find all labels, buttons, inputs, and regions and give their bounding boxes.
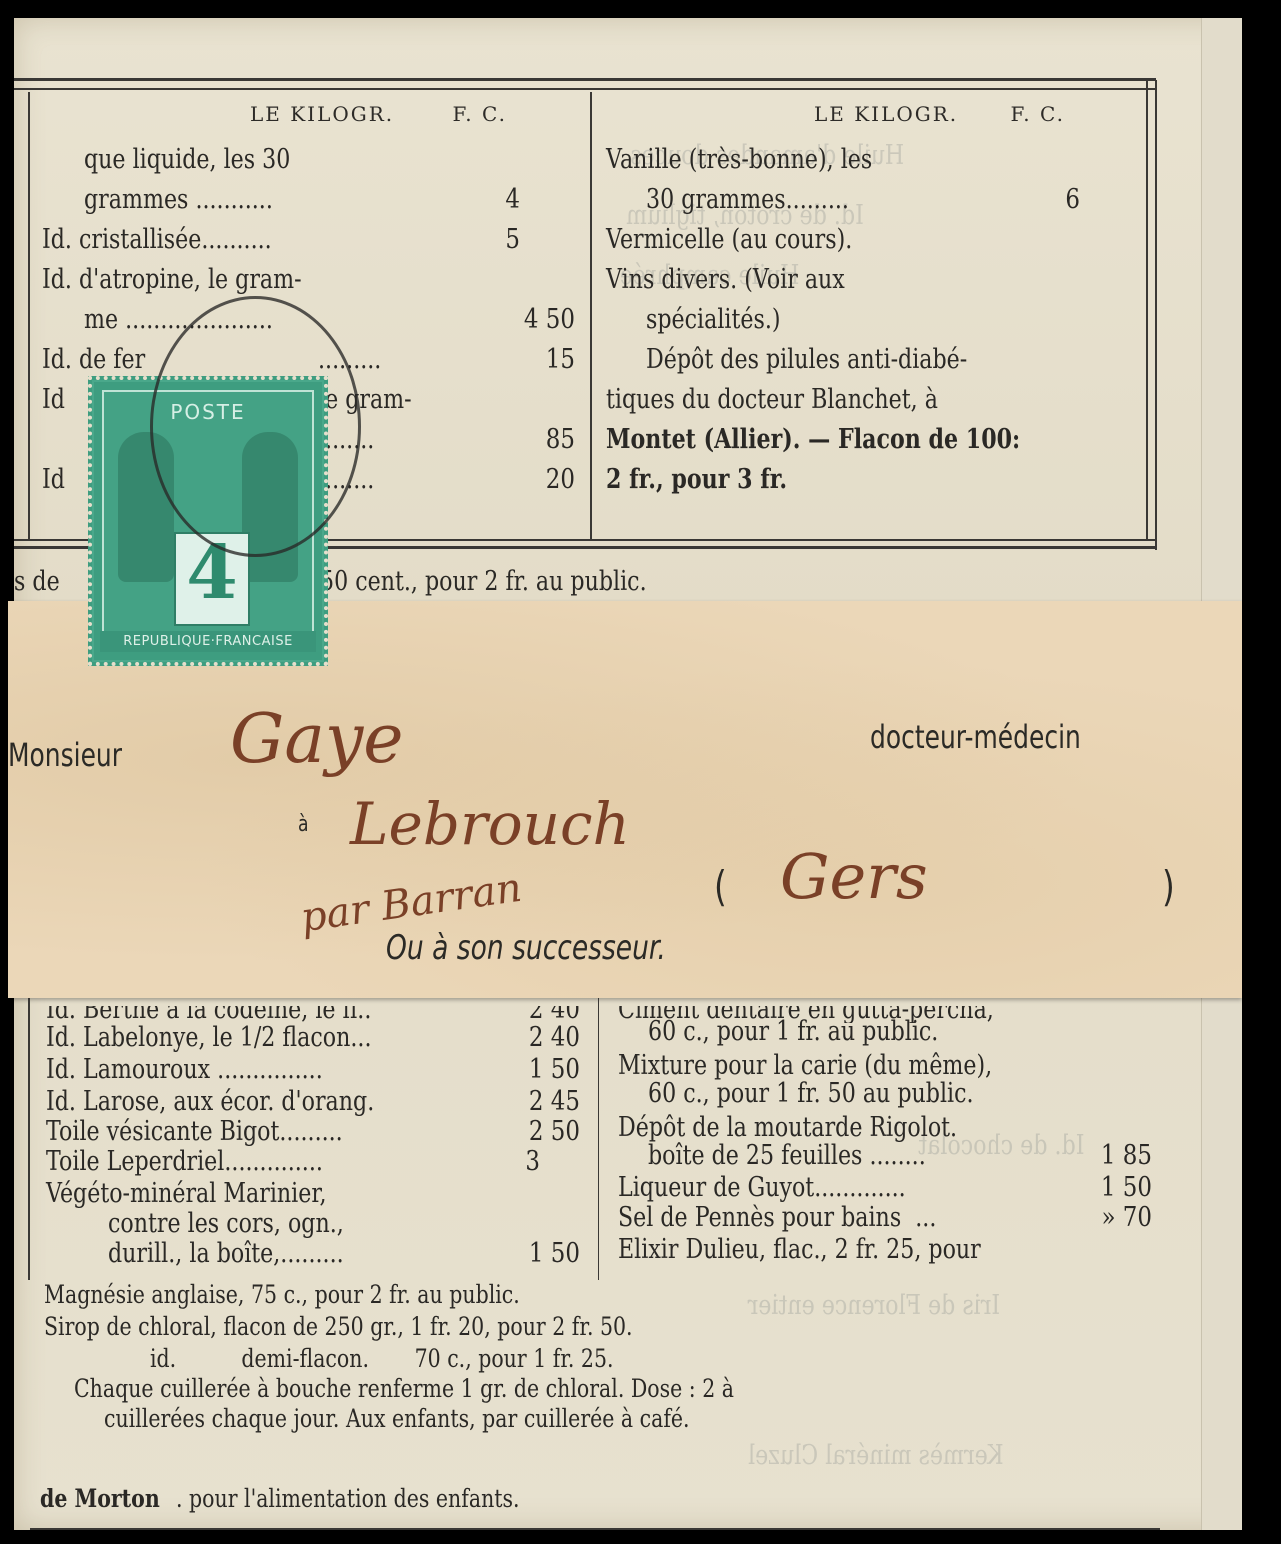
list-item: Id. Labelonye, le 1/2 flacon... bbox=[46, 1024, 371, 1051]
stamp-bottom-label: REPUBLIQUE·FRANCAISE bbox=[100, 631, 316, 652]
list-item: tiques du docteur Blanchet, à bbox=[606, 386, 938, 413]
list-item: boîte de 25 feuilles ........ bbox=[648, 1142, 926, 1169]
list-item: Vanille (très-bonne), les bbox=[606, 146, 872, 173]
salutation: Monsieur bbox=[8, 736, 122, 774]
list-item-price: 3 bbox=[472, 1148, 540, 1175]
bottom-text-line: Chaque cuillerée à bouche renferme 1 gr.… bbox=[74, 1376, 734, 1401]
header-label: LE KILOGR. bbox=[250, 102, 394, 126]
recipient-title: docteur-médecin bbox=[870, 718, 1081, 756]
successor-line: Ou à son successeur. bbox=[386, 928, 666, 968]
morton-bold: de Morton bbox=[40, 1486, 160, 1511]
list-item-price: 1 50 bbox=[512, 1056, 580, 1083]
top-double-rule-1 bbox=[14, 78, 1156, 81]
list-item: 60 c., pour 1 fr. 50 au public. bbox=[648, 1080, 974, 1107]
list-item-price: » 70 bbox=[1084, 1204, 1152, 1231]
column-divider-upper bbox=[590, 92, 592, 540]
list-item: contre les cors, ogn., bbox=[108, 1210, 344, 1237]
open-paren: ( bbox=[714, 862, 727, 911]
list-item: que liquide, les 30 bbox=[84, 146, 290, 173]
preposition: à bbox=[298, 812, 309, 837]
list-item: 60 c., pour 1 fr. au public. bbox=[648, 1018, 938, 1045]
right-frame-rule-1 bbox=[1146, 80, 1148, 540]
list-item: Sel de Pennès pour bains ... bbox=[618, 1204, 936, 1231]
list-item-price: 85 bbox=[507, 426, 575, 453]
top-double-rule-2 bbox=[14, 88, 1156, 90]
list-item-price: 5 bbox=[452, 226, 520, 253]
list-item: 2 fr., pour 3 fr. bbox=[606, 466, 787, 493]
bottom-text-line: cuillerées chaque jour. Aux enfants, par… bbox=[104, 1406, 690, 1431]
header-price-label: F. C. bbox=[453, 102, 507, 126]
bottom-rule bbox=[30, 1528, 1160, 1530]
footer-prefix: s de bbox=[14, 568, 60, 595]
list-item-price: 2 45 bbox=[512, 1088, 580, 1115]
list-item-price: 15 bbox=[507, 346, 575, 373]
list-item: Dépôt des pilules anti-diabé- bbox=[646, 346, 967, 373]
footer-line: 50 cent., pour 2 fr. au public. bbox=[320, 568, 647, 595]
list-item: Liqueur de Guyot............. bbox=[618, 1174, 906, 1201]
list-item: Id. cristallisée.......... bbox=[42, 226, 272, 253]
list-item: Toile vésicante Bigot......... bbox=[46, 1118, 343, 1145]
list-item: spécialités.) bbox=[646, 306, 781, 333]
postmark-cancellation bbox=[150, 296, 361, 557]
list-item: Id bbox=[42, 386, 65, 413]
list-item: Id. Lamouroux ............... bbox=[46, 1056, 323, 1083]
left-frame-rule-lower bbox=[28, 998, 30, 1280]
list-item-price: 4 bbox=[452, 186, 520, 213]
bottom-text-line: Sirop de chloral, flacon de 250 gr., 1 f… bbox=[44, 1314, 633, 1339]
list-item: Id. d'atropine, le gram- bbox=[42, 266, 302, 293]
list-item-price: 1 50 bbox=[1084, 1174, 1152, 1201]
right-frame-rule-2 bbox=[1155, 80, 1157, 550]
list-item: Végéto-minéral Marinier, bbox=[46, 1180, 327, 1207]
header-price-label: F. C. bbox=[1011, 102, 1065, 126]
list-item-price: 2 50 bbox=[512, 1118, 580, 1145]
list-item: Elixir Dulieu, flac., 2 fr. 25, pour bbox=[618, 1236, 981, 1263]
column-divider-lower bbox=[598, 998, 599, 1280]
list-item: 30 grammes......... bbox=[646, 186, 849, 213]
list-item: Id. de fer bbox=[42, 346, 145, 373]
list-item-price: 6 bbox=[1012, 186, 1080, 213]
bottom-text-line: id. demi-flacon. 70 c., pour 1 fr. 25. bbox=[150, 1346, 614, 1371]
list-item: Vins divers. (Voir aux bbox=[606, 266, 845, 293]
left-frame-rule bbox=[28, 92, 30, 540]
column-header-right: LE KILOGR. F. C. bbox=[814, 102, 1065, 126]
bottom-text-line: Magnésie anglaise, 75 c., pour 2 fr. au … bbox=[44, 1282, 520, 1307]
list-item-price: 1 50 bbox=[512, 1240, 580, 1267]
list-item-price: 20 bbox=[507, 466, 575, 493]
header-label: LE KILOGR. bbox=[814, 102, 958, 126]
show-through-text: Iris de Florence entier bbox=[748, 1290, 1000, 1321]
list-item: Montet (Allier). — Flacon de 100: bbox=[606, 426, 1020, 453]
show-through-text: Kermès minéral Cluzel bbox=[748, 1440, 1004, 1471]
column-header-left: LE KILOGR. F. C. bbox=[250, 102, 507, 126]
list-item: Id bbox=[42, 466, 65, 493]
list-item: Toile Leperdriel.............. bbox=[46, 1148, 323, 1175]
handwritten-name: Gaye bbox=[230, 700, 404, 779]
close-paren: ) bbox=[1162, 862, 1175, 911]
list-item: Vermicelle (au cours). bbox=[606, 226, 852, 253]
list-item: grammes ........... bbox=[84, 186, 273, 213]
list-item: Mixture pour la carie (du même), bbox=[618, 1052, 992, 1079]
handwritten-town: Lebrouch bbox=[350, 790, 630, 858]
list-item-price: 4 50 bbox=[507, 306, 575, 333]
list-item: durill., la boîte,......... bbox=[108, 1240, 344, 1267]
list-item-price: 2 40 bbox=[512, 1024, 580, 1051]
morton-rest: . pour l'alimentation des enfants. bbox=[176, 1486, 520, 1511]
list-item-price: 1 85 bbox=[1084, 1142, 1152, 1169]
handwritten-department: Gers bbox=[780, 840, 928, 913]
list-item: Dépôt de la moutarde Rigolot. bbox=[618, 1114, 957, 1141]
list-item: Id. Larose, aux écor. d'orang. bbox=[46, 1088, 374, 1115]
